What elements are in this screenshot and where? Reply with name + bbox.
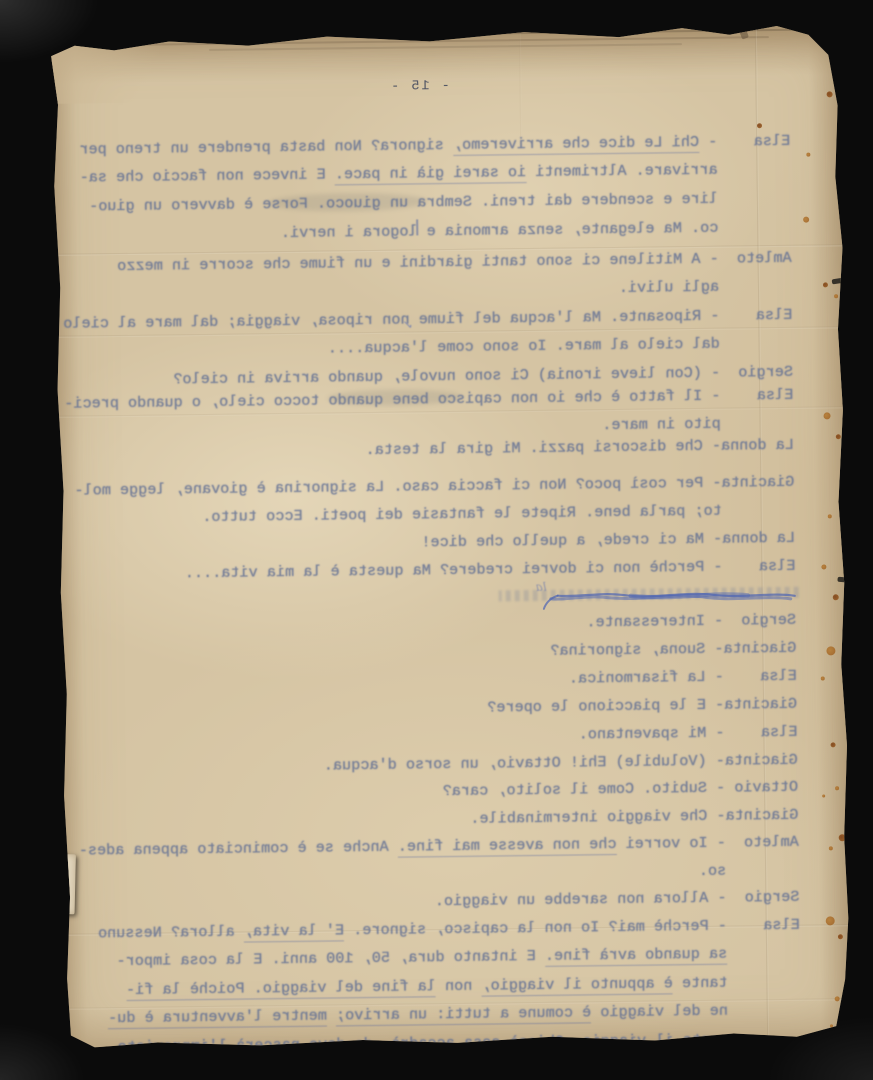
typescript-line: to; parla bene. Ripete le fantasie dei p… xyxy=(202,500,795,527)
typescript-line: Elsa - Mi spaventano. xyxy=(579,722,798,745)
typescript-line: Elsa - Chi Le dice che arriveremo, signo… xyxy=(79,131,790,160)
typescript-line: ne del viaggio è comune a tutti: un arri… xyxy=(108,1000,801,1028)
typescript-line: Sergio - Interessante. xyxy=(586,610,796,633)
underlined-phrase: che non avesse mai fine. xyxy=(398,835,617,858)
document-page: - 15 - Elsa - Chi Le dice che arriveremo… xyxy=(51,24,852,1050)
typescript-line: rante il viaggio. Chissà cosa accadrà, d… xyxy=(108,1028,801,1056)
typescript-line: Elsa - Perchè non ci dovrei credere? Ma … xyxy=(185,556,796,583)
speaker-name: Elsa - xyxy=(699,132,790,151)
typescript-line: Giacinta- Che viaggio interminabile. xyxy=(470,805,798,829)
mirrored-text-layer: - 15 - Elsa - Chi Le dice che arriveremo… xyxy=(51,24,852,1050)
typescript-line: La donna- Che discorsi pazzi. Mi gira la… xyxy=(365,435,794,460)
speaker-name: Ottavio - xyxy=(707,778,798,797)
speaker-name: Sergio - xyxy=(702,363,793,382)
speaker-name: Amleto - xyxy=(700,249,791,268)
speaker-name: Elsa - xyxy=(705,667,796,686)
typescript-line: Ottavio - Subito. Come il solito, cara? xyxy=(443,777,799,801)
speaker-name: Amleto - xyxy=(708,833,799,852)
typescript-line: tante è appunto il viaggio, non la fine … xyxy=(126,972,801,1000)
typescript-line: Giacinta- Per così poco? Non ci faccia c… xyxy=(74,472,794,501)
typescript-line: so. xyxy=(699,860,800,881)
typescript-line: agli ulivi. xyxy=(619,276,792,298)
underlined-phrase: è comune a tutti: un arrivo; xyxy=(336,1004,591,1027)
speaker-name: Elsa - xyxy=(701,306,792,325)
underlined-phrase: E' la vita, xyxy=(244,921,345,942)
typescript-line: dal cielo al mare. Io sono come l'acqua.… xyxy=(328,333,793,359)
speaker-name: Sergio - xyxy=(705,611,796,630)
typescript-line: co. Ma elegante, senza armonia e logora … xyxy=(281,216,792,243)
typescript-line: sa quando avrà fine. E intanto dura, 50,… xyxy=(116,943,800,971)
typescript-line: Giacinta- Suona, signorina? xyxy=(550,638,796,661)
underlined-phrase: Chi Le dice che arriveremo, xyxy=(453,133,699,156)
page-number: - 15 - xyxy=(387,79,451,95)
speaker-name: La donna- xyxy=(704,529,795,548)
typescript-line: Amleto - Io vorrei che non avesse mai fi… xyxy=(79,832,799,861)
speaker-name: Elsa - xyxy=(706,723,797,742)
handwritten-mark: la xyxy=(536,580,547,594)
underlined-phrase: la fine del viaggio. Poichè la fi- xyxy=(126,977,436,1001)
speaker-name: Giacinta- xyxy=(707,806,798,825)
rust-stains xyxy=(51,24,840,34)
underlined-phrase: sa quando avrà fine. xyxy=(545,945,728,967)
speaker-name: Giacinta- xyxy=(705,639,796,658)
typescript-line: lire e scendere dai treni. Sembra un giu… xyxy=(89,188,791,217)
speaker-name: Giacinta- xyxy=(706,695,797,714)
typescript-line: Giacinta- (Volubile) Ehi! Ottavio, un so… xyxy=(324,750,798,776)
underlined-phrase: mentre l'avventura è du- xyxy=(108,1007,327,1030)
speaker-name: Giacinta- xyxy=(707,751,798,770)
typescript-line: Amleto - A Mitilene ci sono tanti giardi… xyxy=(117,248,792,276)
scanner-background: - 15 - Elsa - Chi Le dice che arriveremo… xyxy=(0,0,873,1080)
underlined-phrase: è appunto il viaggio, xyxy=(481,974,673,996)
typescript-line: arrivare. Altrimenti io sarei già in pac… xyxy=(80,159,791,188)
speaker-name: Giacinta- xyxy=(703,473,794,492)
typescript-line: pito in mare. xyxy=(602,413,794,435)
speaker-name: Sergio - xyxy=(708,888,799,907)
speaker-name: Elsa - xyxy=(709,916,800,935)
dialogue-area: Elsa - Chi Le dice che arriveremo, signo… xyxy=(51,24,840,34)
typescript-line: Elsa - La fisarmonica. xyxy=(569,666,797,689)
underlined-phrase: il viaggio. xyxy=(573,1031,674,1052)
speaker-name: Elsa - xyxy=(704,557,795,576)
typescript-line: Elsa - Riposante. Ma l'acqua del fiume n… xyxy=(63,305,792,334)
pen-scribble xyxy=(539,581,803,614)
typescript-line: Giacinta- E le piacciono le opere? xyxy=(487,694,797,718)
speaker-name: La donna- xyxy=(703,436,794,455)
speaker-name: Elsa - xyxy=(702,386,793,405)
underlined-phrase: da dove nascerà l'imprevisto. xyxy=(108,1035,373,1058)
typescript-line: Sergio - Allora non sarebbe un viaggio. xyxy=(435,887,800,911)
typescript-line: La donna- Ma ci crede, a quello che dice… xyxy=(421,528,795,553)
underlined-phrase: io sarei già in pace. xyxy=(335,163,527,185)
typescript-line: Elsa - Perchè mai? Io non la capisco, si… xyxy=(98,915,800,944)
